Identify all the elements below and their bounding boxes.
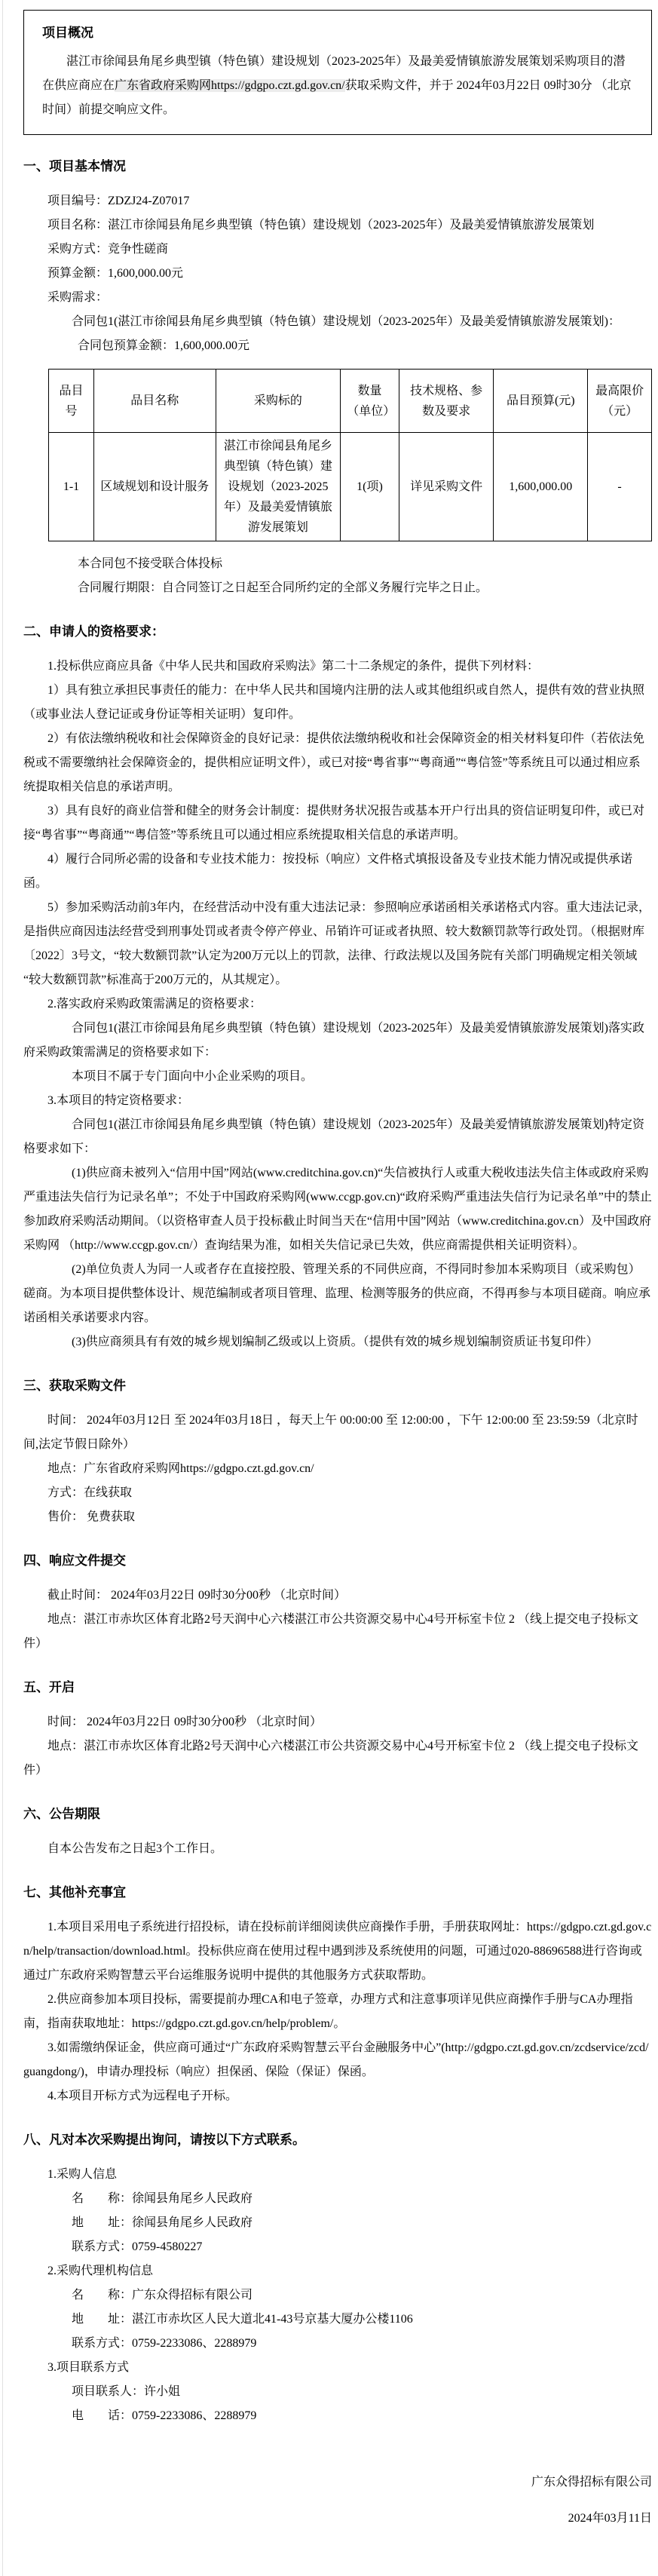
section-other-matters-heading: 七、其他补充事宜 [23,1881,652,1905]
footer-company: 广东众得招标有限公司 [23,2470,652,2495]
budget-amount: 预算金额：1,600,000.00元 [23,262,652,286]
other-matters-p2: 2.供应商参加本项目投标，需要提前办理CA和电子签章，办理方式和注意事项详见供应… [23,1988,652,2036]
footer-date: 2024年03月11日 [23,2507,652,2531]
no-consortium-note: 本合同包不接受联合体投标 [23,552,652,576]
other-matters-p4: 4.本项目开标方式为远程电子开标。 [23,2084,652,2108]
agent-name: 名 称：广东众得招标有限公司 [23,2283,652,2308]
project-number: 项目编号：ZDZJ24-Z07017 [23,189,652,213]
other-matters-p1: 1.本项目采用电子系统进行招投标，请在投标前详细阅读供应商操作手册，手册获取网址… [23,1915,652,1988]
qualification-specific-3: (3)供应商须具有有效的城乡规划编制乙级或以上资质。（提供有效的城乡规划编制资质… [23,1330,652,1354]
buyer-name: 名 称：徐闻县角尾乡人民政府 [23,2187,652,2211]
obtain-time: 时间： 2024年03月12日 至 2024年03月18日 ，每天上午 00:0… [23,1409,652,1457]
project-overview-title: 项目概况 [42,21,633,45]
project-contact-title: 3.项目联系方式 [23,2356,652,2380]
other-matters-p3: 3.如需缴纳保证金，供应商可通过“广东政府采购智慧云平台金融服务中心”(http… [23,2036,652,2084]
qualification-specific-title: 3.本项目的特定资格要求： [23,1089,652,1113]
announcement-period-body: 自本公告发布之日起3个工作日。 [23,1837,652,1861]
col-header-max-price: 最高限价（元） [588,370,652,433]
qualification-policy-title: 2.落实政府采购政策需满足的资格要求： [23,992,652,1017]
buyer-info-title: 1.采购人信息 [23,2163,652,2187]
section-contact-heading: 八、凡对本次采购提出询问，请按以下方式联系。 [23,2128,652,2152]
project-contact-person: 项目联系人：许小姐 [23,2380,652,2404]
project-contact-phone: 电 话：0759-2233086、2288979 [23,2404,652,2428]
obtain-price: 售价： 免费获取 [23,1505,652,1529]
qualification-p2: 1）具有独立承担民事责任的能力：在中华人民共和国境内注册的法人或其他组织或自然人… [23,679,652,727]
opening-time: 时间： 2024年03月22日 09时30分00秒 （北京时间） [23,1710,652,1734]
qualification-specific-2: (2)单位负责人为同一人或者存在直接控股、管理关系的不同供应商，不得同时参加本采… [23,1258,652,1330]
qualification-p6: 5）参加采购活动前3年内，在经营活动中没有重大违法记录：参照响应承诺函相关承诺格… [23,896,652,992]
section-opening-heading: 五、开启 [23,1676,652,1700]
project-overview-paragraph: 湛江市徐闻县角尾乡典型镇（特色镇）建设规划（2023-2025年）及最美爱情镇旅… [42,50,633,122]
cell-item-budget: 1,600,000.00 [494,433,588,541]
qualification-specific-1: (1)供应商未被列入“信用中国”网站(www.creditchina.gov.c… [23,1161,652,1258]
qualification-policy-package: 合同包1(湛江市徐闻县角尾乡典型镇（特色镇）建设规划（2023-2025年）及最… [23,1017,652,1065]
items-table: 品目号 品目名称 采购标的 数量（单位） 技术规格、参数及要求 品目预算(元) … [48,369,652,541]
cell-max-price: - [588,433,652,541]
procurement-method: 采购方式：竞争性磋商 [23,238,652,262]
qualification-p4: 3）具有良好的商业信誉和健全的财务会计制度：提供财务状况报告或基本开户行出具的资… [23,799,652,848]
section-basic-info-heading: 一、项目基本情况 [23,155,652,179]
cell-item-name: 区域规划和设计服务 [94,433,216,541]
procurement-website-link[interactable]: 广东省政府采购网https://gdgpo.czt.gd.gov.cn/ [115,79,345,92]
col-header-item-name: 品目名称 [94,370,216,433]
cell-tech-specs: 详见采购文件 [399,433,494,541]
table-row: 1-1 区域规划和设计服务 湛江市徐闻县角尾乡典型镇（特色镇）建设规划（2023… [49,433,652,541]
col-header-quantity-unit: 数量（单位） [341,370,399,433]
project-name: 项目名称：湛江市徐闻县角尾乡典型镇（特色镇）建设规划（2023-2025年）及最… [23,213,652,238]
qualification-p5: 4）履行合同所必需的设备和专业技术能力：按投标（响应）文件格式填报设备及专业技术… [23,848,652,896]
buyer-address: 地 址：徐闻县角尾乡人民政府 [23,2211,652,2235]
procurement-demand-label: 采购需求： [23,286,652,310]
project-overview-box: 项目概况 湛江市徐闻县角尾乡典型镇（特色镇）建设规划（2023-2025年）及最… [23,10,652,135]
agent-phone: 联系方式：0759-2233086、2288979 [23,2332,652,2356]
submit-place: 地点：湛江市赤坎区体育北路2号天润中心六楼湛江市公共资源交易中心4号开标室卡位 … [23,1608,652,1656]
opening-place: 地点：湛江市赤坎区体育北路2号天润中心六楼湛江市公共资源交易中心4号开标室卡位 … [23,1734,652,1783]
signature-block: 广东众得招标有限公司 2024年03月11日 [23,2470,652,2531]
obtain-place: 地点：广东省政府采购网https://gdgpo.czt.gd.gov.cn/ [23,1457,652,1481]
col-header-item-no: 品目号 [49,370,94,433]
section-obtain-docs-heading: 三、获取采购文件 [23,1374,652,1398]
contract-duration: 合同履行期限：自合同签订之日起至合同所约定的全部义务履行完毕之日止。 [23,576,652,600]
section-announcement-period-heading: 六、公告期限 [23,1802,652,1826]
col-header-procurement-target: 采购标的 [216,370,341,433]
qualification-p1: 1.投标供应商应具备《中华人民共和国政府采购法》第二十二条规定的条件，提供下列材… [23,655,652,679]
qualification-p3: 2）有依法缴纳税收和社会保障资金的良好记录：提供依法缴纳税收和社会保障资金的相关… [23,727,652,799]
col-header-item-budget: 品目预算(元) [494,370,588,433]
section-qualification-heading: 二、申请人的资格要求： [23,620,652,644]
cell-procurement-target: 湛江市徐闻县角尾乡典型镇（特色镇）建设规划（2023-2025年）及最美爱情镇旅… [216,433,341,541]
obtain-method: 方式：在线获取 [23,1481,652,1505]
contract-package-line: 合同包1(湛江市徐闻县角尾乡典型镇（特色镇）建设规划（2023-2025年）及最… [23,310,652,334]
qualification-policy-note: 本项目不属于专门面向中小企业采购的项目。 [23,1065,652,1089]
col-header-tech-specs: 技术规格、参数及要求 [399,370,494,433]
page-left-edge-line [2,0,3,2576]
submit-deadline: 截止时间： 2024年03月22日 09时30分00秒 （北京时间） [23,1584,652,1608]
table-header-row: 品目号 品目名称 采购标的 数量（单位） 技术规格、参数及要求 品目预算(元) … [49,370,652,433]
section-submit-heading: 四、响应文件提交 [23,1549,652,1573]
buyer-phone: 联系方式：0759-4580227 [23,2235,652,2259]
agent-info-title: 2.采购代理机构信息 [23,2259,652,2283]
procurement-notice-page: 项目概况 湛江市徐闻县角尾乡典型镇（特色镇）建设规划（2023-2025年）及最… [0,0,658,2576]
contract-package-budget: 合同包预算金额：1,600,000.00元 [23,334,652,358]
qualification-specific-package: 合同包1(湛江市徐闻县角尾乡典型镇（特色镇）建设规划（2023-2025年）及最… [23,1113,652,1161]
cell-quantity-unit: 1(项) [341,433,399,541]
agent-address: 地 址：湛江市赤坎区人民大道北41-43号京基大厦办公楼1106 [23,2308,652,2332]
cell-item-no: 1-1 [49,433,94,541]
